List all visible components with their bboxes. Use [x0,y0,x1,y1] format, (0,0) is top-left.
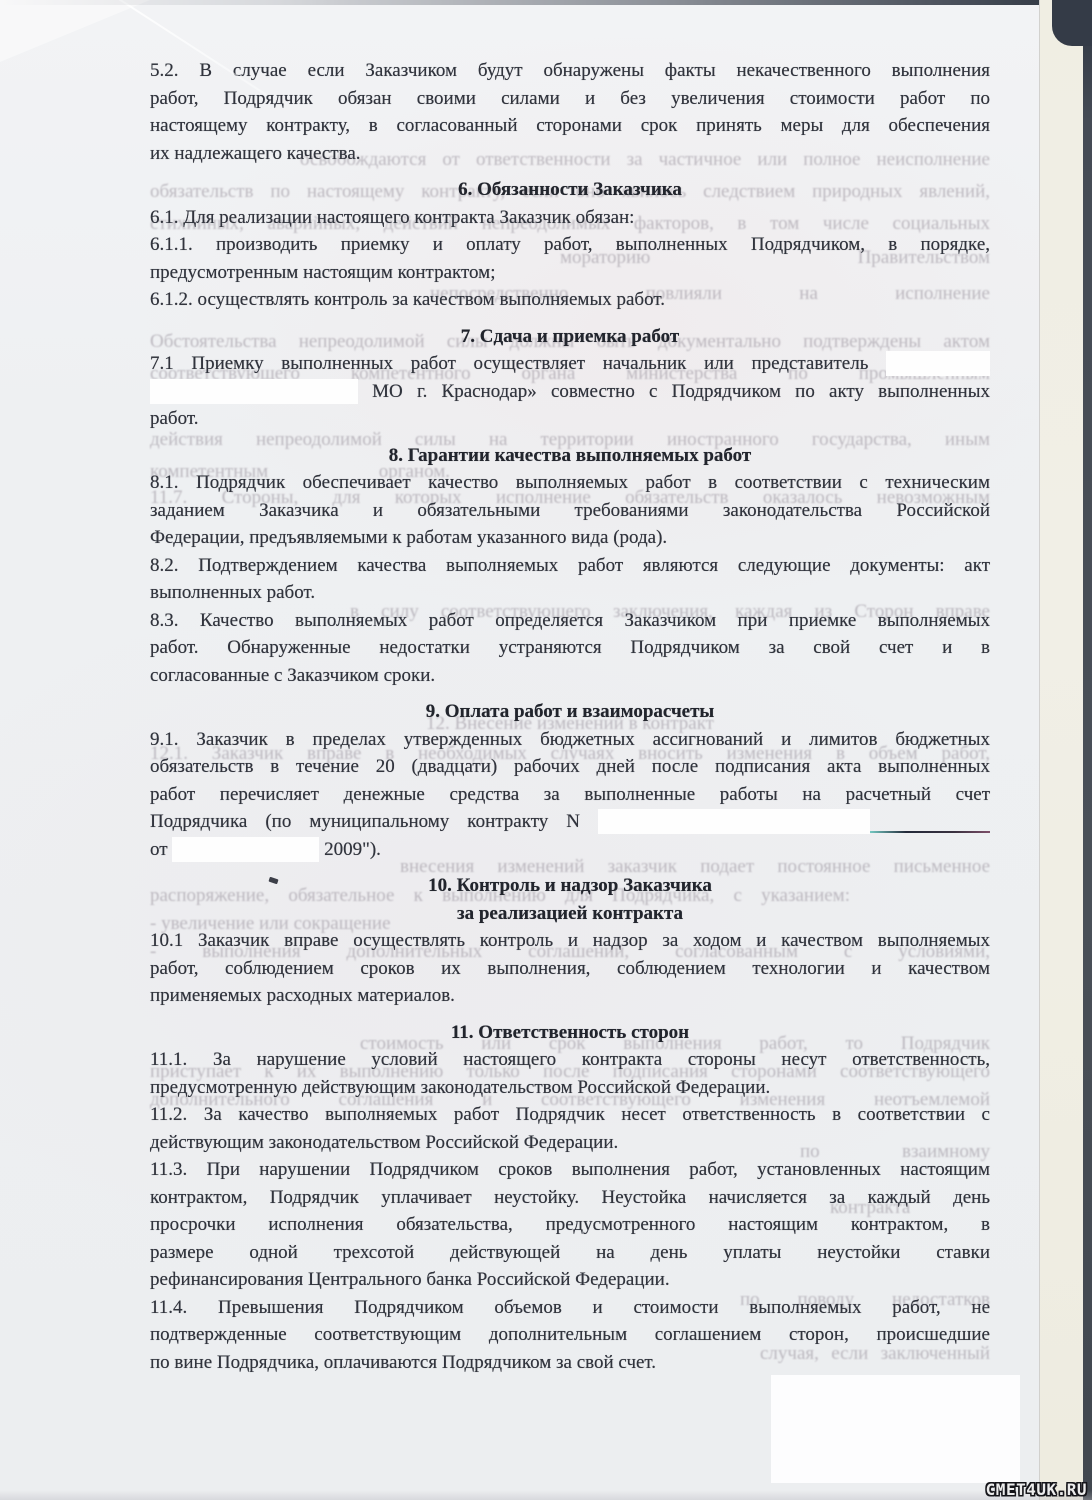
section-header: 7. Сдача и приемка работ [150,324,990,352]
text-line: предусмотренным настоящим контрактом; [150,260,990,288]
text-line: действующим законодательством Российской… [150,1130,990,1158]
blank-underline [870,813,990,833]
scan-corner-shadow [1052,0,1092,46]
paragraph: 7.1 Приемку выполненных работ осуществля… [150,351,990,434]
scanned-contract-page: освобождаются от ответственности за част… [0,0,1092,1500]
text-line: их надлежащего качества. [150,141,990,169]
text-fragment: 7.1 Приемку выполненных работ осуществля… [150,353,886,374]
text-line: работ перечисляет денежные средства за в… [150,782,990,810]
text-fragment: 2009"). [319,839,381,860]
paragraph: 8.3. Качество выполняемых работ определя… [150,608,990,691]
text-fragment: Подрядчика (по муниципальному контракту … [150,811,598,832]
text-line: рефинансирования Центрального банка Росс… [150,1267,990,1295]
section-header: 9. Оплата работ и взаиморасчеты [150,699,990,727]
text-line: заданием Заказчика и обязательными требо… [150,498,990,526]
text-line: 5.2. В случае если Заказчиком будут обна… [150,58,990,86]
text-line: просрочки исполнения обязательства, пред… [150,1212,990,1240]
text-line: работ, соблюдением сроков их выполнения,… [150,956,990,984]
paragraph: 8.2. Подтверждением качества выполняемых… [150,553,990,608]
paragraph: 11.4. Превышения Подрядчиком объемов и с… [150,1295,990,1378]
text-line: выполненных работ. [150,580,990,608]
paragraph: 11.3. При нарушении Подрядчиком сроков в… [150,1157,990,1295]
watermark: CMET4UK.RU [986,1480,1087,1499]
text-line: 6.1.2. осуществлять контроль за качество… [150,287,990,315]
scan-bottom-edge [0,1490,1092,1500]
paragraph: 11.1. За нарушение условий настоящего ко… [150,1047,990,1102]
scan-top-edge [0,0,1092,5]
scan-page-edge [1039,0,1083,1500]
text-line: настоящему контракту, в согласованный ст… [150,113,990,141]
redaction-box-inline [172,837,319,862]
redaction-box-inline [150,379,358,404]
redaction-box-inline [886,351,990,376]
text-line: применяемых расходных материалов. [150,983,990,1011]
paragraph: 6.1.1. производить приемку и оплату рабо… [150,232,990,287]
text-line: 10.1 Заказчик вправе осуществлять контро… [150,928,990,956]
document-body: 5.2. В случае если Заказчиком будут обна… [150,58,990,1377]
text-line: размере одной трехсотой действующей на д… [150,1240,990,1268]
paragraph: 6.1. Для реализации настоящего контракта… [150,205,990,233]
section-header: за реализацией контракта [150,901,990,929]
text-line: от 2009"). [150,837,990,865]
section-header: 11. Ответственность сторон [150,1020,990,1048]
scan-background-edge [1083,0,1092,1500]
text-line: предусмотренную действующим законодатель… [150,1075,990,1103]
text-line: 6.1. Для реализации настоящего контракта… [150,205,990,233]
text-line: контрактом, Подрядчик уплачивает неустой… [150,1185,990,1213]
text-line: 11.3. При нарушении Подрядчиком сроков в… [150,1157,990,1185]
section-header: 8. Гарантии качества выполняемых работ [150,443,990,471]
text-fragment: МО г. Краснодар» совместно с Подрядчиком… [358,381,990,402]
redaction-box-inline [598,809,870,834]
text-line: Федерации, предъявляемыми к работам указ… [150,525,990,553]
text-line: 7.1 Приемку выполненных работ осуществля… [150,351,990,379]
text-line: работ. Обнаруженные недостатки устраняют… [150,635,990,663]
text-line: МО г. Краснодар» совместно с Подрядчиком… [150,379,990,407]
paragraph: 5.2. В случае если Заказчиком будут обна… [150,58,990,168]
text-line: работ. [150,406,990,434]
text-line: 8.3. Качество выполняемых работ определя… [150,608,990,636]
paragraph: 10.1 Заказчик вправе осуществлять контро… [150,928,990,1011]
text-line: 6.1.1. производить приемку и оплату рабо… [150,232,990,260]
paragraph: 6.1.2. осуществлять контроль за качество… [150,287,990,315]
text-line: Подрядчика (по муниципальному контракту … [150,809,990,837]
text-line: по вине Подрядчика, оплачиваются Подрядч… [150,1350,990,1378]
section-header: 6. Обязанности Заказчика [150,177,990,205]
text-line: 9.1. Заказчик в пределах утвержденных бю… [150,727,990,755]
text-line: 8.1. Подрядчик обеспечивает качество вып… [150,470,990,498]
text-line: подтвержденные соответствующим дополните… [150,1322,990,1350]
text-line: 11.4. Превышения Подрядчиком объемов и с… [150,1295,990,1323]
paragraph: 11.2. За качество выполняемых работ Подр… [150,1102,990,1157]
section-header: 10. Контроль и надзор Заказчика [150,873,990,901]
text-line: 11.1. За нарушение условий настоящего ко… [150,1047,990,1075]
paragraph: 9.1. Заказчик в пределах утвержденных бю… [150,727,990,865]
text-line: согласованные с Заказчиком сроки. [150,663,990,691]
text-line: работ, Подрядчик обязан своими силами и … [150,86,990,114]
text-line: 11.2. За качество выполняемых работ Подр… [150,1102,990,1130]
text-fragment: от [150,839,172,860]
redaction-box-bottom [771,1375,1020,1483]
paragraph: 8.1. Подрядчик обеспечивает качество вып… [150,470,990,553]
text-line: 8.2. Подтверждением качества выполняемых… [150,553,990,581]
text-line: обязательств в течение 20 (двадцати) раб… [150,754,990,782]
